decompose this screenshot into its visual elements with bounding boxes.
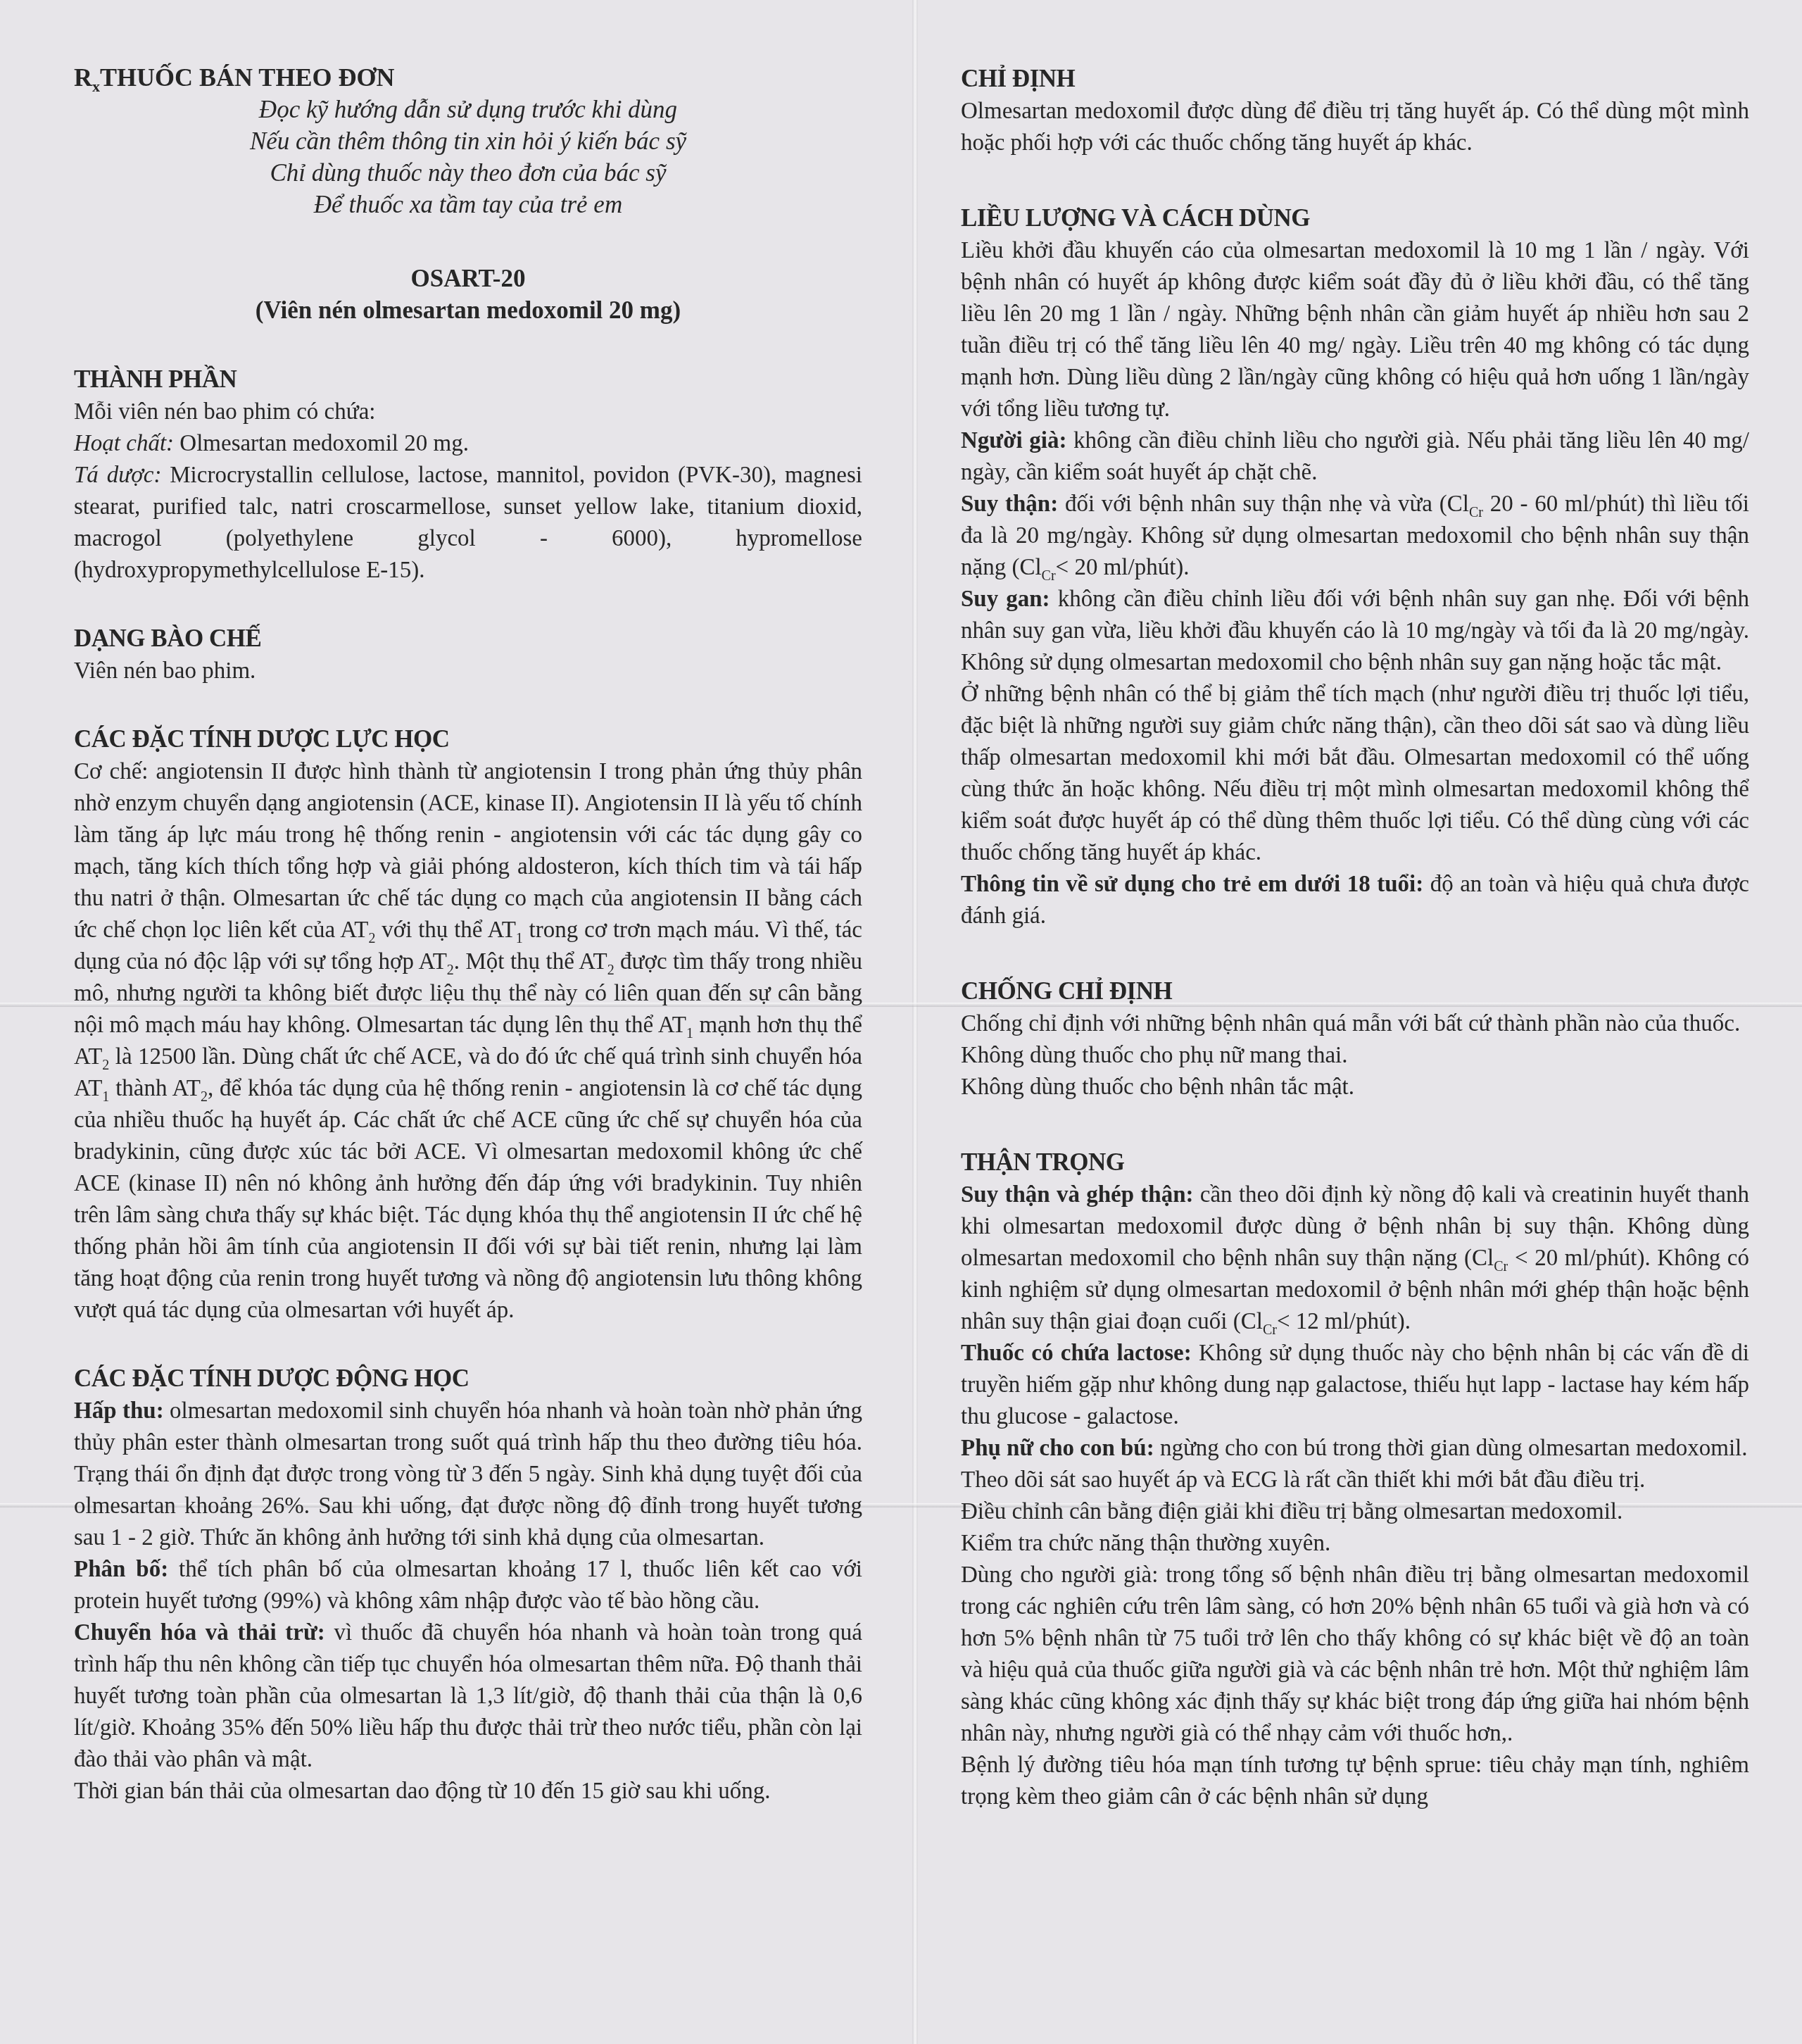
- section-heading: CÁC ĐẶC TÍNH DƯỢC LỰC HỌC: [74, 722, 862, 756]
- elderly-dosage: Người già: không cần điều chỉnh liều cho…: [961, 425, 1749, 489]
- section-heading: CHỐNG CHỈ ĐỊNH: [961, 974, 1749, 1008]
- section-dosage: LIỀU LƯỢNG VÀ CÁCH DÙNG Liều khởi đầu kh…: [961, 201, 1749, 932]
- dosage-text: Liều khởi đầu khuyến cáo của olmesartan …: [961, 235, 1749, 425]
- excipients: Tá dược: Microcrystallin cellulose, lact…: [74, 460, 862, 587]
- distribution-text: Phân bố: thể tích phân bố của olmesartan…: [74, 1554, 862, 1617]
- pharmacodynamics-text: Cơ chế: angiotensin II được hình thành t…: [74, 756, 862, 1327]
- paper-fold-vertical: [912, 0, 918, 2044]
- contraindication-line: Không dùng thuốc cho phụ nữ mang thai.: [961, 1040, 1749, 1072]
- section-composition: THÀNH PHẦN Mỗi viên nén bao phim có chứa…: [74, 363, 862, 587]
- section-heading: THÀNH PHẦN: [74, 363, 862, 396]
- contraindication-line: Chống chỉ định với những bệnh nhân quá m…: [961, 1008, 1749, 1040]
- absorption-text: Hấp thu: olmesartan medoxomil sinh chuyể…: [74, 1396, 862, 1554]
- section-precautions: THẬN TRỌNG Suy thận và ghép thận: cần th…: [961, 1146, 1749, 1813]
- section-heading: CÁC ĐẶC TÍNH DƯỢC ĐỘNG HỌC: [74, 1362, 862, 1396]
- sprue-precaution: Bệnh lý đường tiêu hóa mạn tính tương tự…: [961, 1750, 1749, 1813]
- right-column: CHỈ ĐỊNH Olmesartan medoxomil được dùng …: [961, 62, 1749, 1813]
- monitor-line: Kiểm tra chức năng thận thường xuyên.: [961, 1528, 1749, 1560]
- product-title: OSART-20 (Viên nén olmesartan medoxomil …: [74, 263, 862, 326]
- section-heading: CHỈ ĐỊNH: [961, 62, 1749, 96]
- section-heading: THẬN TRỌNG: [961, 1146, 1749, 1179]
- product-name: OSART-20: [74, 263, 862, 294]
- active-ingredient: Hoạt chất: Olmesartan medoxomil 20 mg.: [74, 428, 862, 460]
- renal-dosage: Suy thận: đối với bệnh nhân suy thận nhẹ…: [961, 489, 1749, 584]
- indications-text: Olmesartan medoxomil được dùng để điều t…: [961, 96, 1749, 159]
- section-contraindications: CHỐNG CHỈ ĐỊNH Chống chỉ định với những …: [961, 974, 1749, 1103]
- children-info: Thông tin về sử dụng cho trẻ em dưới 18 …: [961, 869, 1749, 932]
- warning-line: Đọc kỹ hướng dẫn sử dụng trước khi dùng: [74, 94, 862, 125]
- section-heading: LIỀU LƯỢNG VÀ CÁCH DÙNG: [961, 201, 1749, 235]
- warning-lines: Đọc kỹ hướng dẫn sử dụng trước khi dùng …: [74, 94, 862, 220]
- volume-depletion-text: Ở những bệnh nhân có thể bị giảm thể tíc…: [961, 679, 1749, 869]
- section-pharmacokinetics: CÁC ĐẶC TÍNH DƯỢC ĐỘNG HỌC Hấp thu: olme…: [74, 1362, 862, 1807]
- section-pharmacodynamics: CÁC ĐẶC TÍNH DƯỢC LỰC HỌC Cơ chế: angiot…: [74, 722, 862, 1327]
- section-heading: DẠNG BÀO CHẾ: [74, 622, 862, 656]
- monitor-line: Theo dõi sát sao huyết áp và ECG là rất …: [961, 1465, 1749, 1496]
- composition-intro: Mỗi viên nén bao phim có chứa:: [74, 396, 862, 428]
- lactose-precaution: Thuốc có chứa lactose: Không sử dụng thu…: [961, 1338, 1749, 1433]
- contraindication-line: Không dùng thuốc cho bệnh nhân tắc mật.: [961, 1072, 1749, 1103]
- hepatic-dosage: Suy gan: không cần điều chỉnh liều đối v…: [961, 584, 1749, 679]
- breastfeeding-precaution: Phụ nữ cho con bú: ngừng cho con bú tron…: [961, 1433, 1749, 1465]
- left-column: RxTHUỐC BÁN THEO ĐƠN Đọc kỹ hướng dẫn sử…: [74, 62, 862, 1807]
- metabolism-text: Chuyển hóa và thải trừ: vì thuốc đã chuy…: [74, 1617, 862, 1776]
- warning-line: Chỉ dùng thuốc này theo đơn của bác sỹ: [74, 157, 862, 189]
- renal-precaution: Suy thận và ghép thận: cần theo dõi định…: [961, 1179, 1749, 1338]
- rx-heading: RxTHUỐC BÁN THEO ĐƠN: [74, 62, 862, 94]
- monitor-line: Điều chỉnh cân bằng điện giải khi điều t…: [961, 1496, 1749, 1528]
- product-description: (Viên nén olmesartan medoxomil 20 mg): [74, 294, 862, 326]
- section-indications: CHỈ ĐỊNH Olmesartan medoxomil được dùng …: [961, 62, 1749, 159]
- section-dosage-form: DẠNG BÀO CHẾ Viên nén bao phim.: [74, 622, 862, 687]
- dosage-form-text: Viên nén bao phim.: [74, 656, 862, 687]
- warning-line: Để thuốc xa tầm tay của trẻ em: [74, 189, 862, 220]
- half-life-text: Thời gian bán thải của olmesartan dao độ…: [74, 1776, 862, 1807]
- warning-line: Nếu cần thêm thông tin xin hỏi ý kiến bá…: [74, 125, 862, 157]
- elderly-precaution: Dùng cho người già: trong tổng số bệnh n…: [961, 1560, 1749, 1750]
